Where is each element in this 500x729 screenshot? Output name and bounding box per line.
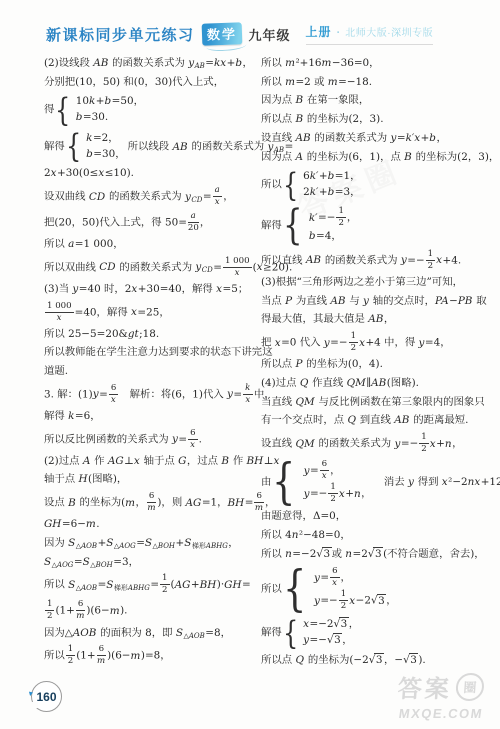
- grade-label: 九年级: [249, 25, 291, 44]
- solution-line: 所以 m=2 或 m=−18.: [261, 76, 487, 90]
- math-text: 设直线 QM 的函数关系式为 y=−: [261, 438, 418, 450]
- page-header: 新课标同步单元练习 数学 九年级 上册 · 北师大版·深圳专版: [46, 22, 484, 46]
- solution-line: 因为△AOB 的面积为 8，即 S△AOB=8，: [44, 627, 256, 641]
- brace: {: [66, 132, 81, 161]
- math-text: )，则 AG=1，BH=: [157, 497, 253, 509]
- fraction: 6x: [188, 429, 197, 450]
- math-text: 把(20，50)代入上式，得 50=: [44, 217, 187, 229]
- system-rows: y=6x，y=−12x+n，: [304, 460, 372, 504]
- solution-line: 所以反比例函数的关系式为 y=6x.: [44, 429, 256, 450]
- math-text: 由: [261, 476, 271, 488]
- math-text: ，−: [384, 654, 403, 666]
- sqrt-expression: √3: [368, 547, 383, 560]
- solution-line: 所以12(1+6m)(6−m)=8，: [44, 645, 256, 666]
- math-text: 把 x=0 代入 y=−: [261, 337, 348, 349]
- fraction: 6m: [76, 600, 85, 621]
- solution-line: 当点 P 为直线 AB 与 y 轴的交点时，PA−PB 取: [261, 295, 487, 309]
- solution-line: 解得{k=2，b=30，所以线段 AB 的函数关系式为 yAB=: [44, 131, 256, 162]
- math-text: 所以点 B 的坐标为(2，3).: [261, 113, 384, 125]
- page-number-badge: ▼ 160: [31, 681, 62, 712]
- solution-line: 轴于点 H(图略)，: [44, 473, 256, 487]
- math-text: 解得: [261, 219, 282, 231]
- solution-line: S△AOG=S△BOH=3，: [44, 556, 256, 570]
- math-text: 解得 k=6，: [44, 410, 101, 422]
- subscripted-symbol: S梯形ABHG: [184, 537, 228, 549]
- system-row: y=−√3，: [303, 634, 359, 648]
- brace: {: [272, 460, 295, 504]
- math-text: 由题意得，Δ=0，: [261, 510, 346, 522]
- solution-line: (3)当 y=40 时，2x+30=40，解得 x=5；: [44, 283, 256, 297]
- brace: {: [283, 171, 298, 200]
- math-text: 6k′+b=1，: [303, 170, 360, 182]
- math-text: x=−2: [303, 618, 333, 630]
- fraction: 1 000x: [45, 302, 74, 323]
- sqrt-expression: √3: [316, 547, 331, 560]
- math-text: y=−: [314, 595, 338, 607]
- solution-line: 所以教师能在学生注意力达到要求的状态下讲完这: [44, 346, 256, 360]
- system-row: 6k′+b=1，: [303, 170, 360, 184]
- solution-line: 所以直线 AB 的函数关系式为 y=−12x+4.: [261, 250, 487, 271]
- system-row: x=−2√3，: [303, 618, 359, 632]
- system-row: b=30.: [76, 111, 144, 125]
- math-text: +: [98, 537, 107, 549]
- system-rows: 10k+b=50，b=30.: [76, 95, 144, 124]
- sqrt-expression: √3: [403, 653, 418, 666]
- math-text: =: [136, 537, 145, 549]
- solution-line: 分别把(10，50) 和(0，30)代入上式，: [44, 76, 256, 90]
- math-text: ，: [341, 572, 351, 584]
- solution-line: 由题意得，Δ=0，: [261, 510, 487, 524]
- math-text: 所以: [44, 579, 68, 591]
- math-text: =: [74, 556, 83, 568]
- math-text: ，: [223, 191, 233, 203]
- solution-line: 2x+30(0≤x≤10).: [44, 167, 256, 181]
- left-column: (2)设线段 AB 的函数关系式为 yAB=kx+b，分别把(10，50) 和(…: [44, 57, 256, 671]
- edition-group: 上册 · 北师大版·深圳专版: [306, 23, 434, 45]
- solution-line: 得最大值，其最大值是 AB，: [261, 313, 487, 327]
- math-text: 道题.: [44, 365, 68, 377]
- solution-line: 由{y=6x，y=−12x+n， 消去 y 得到 x²−2nx+12=0，: [261, 459, 487, 505]
- math-text: 分别把(10，50) 和(0，30)代入上式，: [44, 76, 224, 88]
- solution-line: (2)过点 A 作 AG⊥x 轴于点 G，过点 B 作 BH⊥x: [44, 455, 256, 469]
- page-marker-icon: ▼: [26, 690, 34, 698]
- brace: {: [283, 567, 306, 611]
- fraction: 12: [328, 483, 337, 504]
- math-text: ).: [418, 654, 425, 666]
- fraction: 12: [45, 600, 54, 621]
- math-text: 解得: [261, 627, 282, 639]
- math-text: ，: [342, 634, 352, 646]
- math-text: .: [199, 433, 202, 445]
- system-row: y=−12x+n，: [304, 483, 372, 504]
- subscripted-symbol: S△AOG: [106, 537, 136, 549]
- brace: {: [55, 96, 70, 125]
- solution-line: 设双曲线 CD 的函数关系式为 yCD=ax，: [44, 186, 256, 207]
- math-text: (3)根据“三角形两边之差小于第三边”可知，: [261, 276, 463, 288]
- math-text: 当点 P 为直线 AB 与 y 轴的交点时，PA−PB 取: [261, 295, 487, 307]
- math-text: 或 n=2: [332, 548, 368, 560]
- solution-line: (4)过点 Q 作直线 QM∥AB(图略).: [261, 377, 487, 391]
- math-text: (1+: [76, 650, 95, 662]
- subscripted-symbol: S△BOH: [145, 537, 176, 549]
- solution-line: 把(20，50)代入上式，得 50=a20，: [44, 212, 256, 233]
- math-text: k′=−: [309, 212, 336, 224]
- solution-line: 12(1+6m)(6−m).: [44, 600, 256, 621]
- equation-system: {x=−2√3，y=−√3，: [283, 618, 359, 647]
- watermark-brand-text: 答案: [397, 669, 453, 704]
- solution-line: 设点 B 的坐标为(m，6m)，则 AG=1，BH=6m，: [44, 492, 256, 513]
- math-text: GH=6−m.: [44, 518, 100, 530]
- math-text: ，: [386, 595, 396, 607]
- math-text: 10k+b=50，: [76, 95, 144, 107]
- volume-label: 上册: [306, 23, 332, 40]
- system-row: k′=−12，: [309, 207, 357, 228]
- subscripted-symbol: yAB: [188, 57, 205, 69]
- solution-line: 所以 25−5=20&gt;18.: [44, 328, 256, 342]
- system-rows: x=−2√3，y=−√3，: [303, 618, 359, 647]
- math-text: 当直线 QM 与反比例函数在第三象限内的图象只: [261, 396, 485, 408]
- subscripted-symbol: S△AOG: [44, 556, 74, 568]
- watermark-brand: 答案 圈: [397, 669, 485, 704]
- solution-line: 因为点 B 在第一象限，: [261, 94, 487, 108]
- fraction: 12: [419, 433, 428, 454]
- fraction: a20: [188, 212, 199, 233]
- sqrt-expression: √3: [327, 633, 342, 646]
- math-text: =3，: [113, 556, 139, 568]
- math-text: 因为点 B 在第一象限，: [261, 94, 369, 106]
- math-text: =: [203, 191, 212, 203]
- math-text: b=30.: [76, 111, 108, 123]
- subject-badge: 数学: [201, 22, 242, 45]
- fraction: 12: [160, 574, 169, 595]
- math-text: 有一个交点时，点 Q 到直线 AB 的距离最短.: [261, 414, 468, 426]
- solution-line: 解得{k′=−12，b=4，: [261, 206, 487, 245]
- math-text: )(6−m).: [86, 605, 127, 617]
- system-row: y=6x，: [304, 460, 372, 481]
- solution-line: 设直线 AB 的函数关系式为 y=k′x+b，: [261, 132, 487, 146]
- math-text: y=−: [304, 488, 328, 500]
- sqrt-expression: √3: [334, 617, 349, 630]
- math-text: (2)设线段 AB 的函数关系式为: [44, 57, 188, 69]
- math-text: 3. 解：(1)y=: [44, 388, 108, 400]
- solution-line: 因为点 A 的坐标为(6，1)，点 B 的坐标为(2，3)，: [261, 151, 487, 165]
- math-text: b=30，: [86, 148, 125, 160]
- solution-line: 所以 m²+16m−36=0，: [261, 57, 487, 71]
- system-rows: y=6x，y=−12x−2√3，: [314, 567, 397, 611]
- math-text: y=: [304, 465, 319, 477]
- solution-line: 所以 n=−2√3或 n=2√3(不符合题意，舍去)，: [261, 548, 487, 562]
- solution-line: 得{10k+b=50，b=30.: [44, 94, 256, 125]
- math-text: 2x+30(0≤x≤10).: [44, 167, 134, 179]
- math-text: y=−: [303, 634, 327, 646]
- math-text: y=: [314, 572, 329, 584]
- solution-line: 所以点 Q 的坐标为(−2√3，−√3).: [261, 654, 487, 668]
- math-text: 2k′+b=3，: [303, 186, 360, 198]
- math-text: +: [176, 537, 185, 549]
- fraction: 6x: [320, 460, 329, 481]
- solution-line: 3. 解：(1)y=6x 解析：将(6，1)代入 y=kx中，: [44, 384, 256, 405]
- sqrt-expression: √3: [371, 594, 386, 607]
- math-text: ，: [330, 465, 340, 477]
- equation-system: {10k+b=50，b=30.: [55, 95, 144, 124]
- watermark-circle-icon: 圈: [455, 673, 485, 701]
- sqrt-expression: √3: [369, 653, 384, 666]
- math-text: 所以直线 AB 的函数关系式为 y=−: [261, 254, 425, 266]
- brace: {: [283, 207, 303, 244]
- math-text: ，: [228, 537, 238, 549]
- fraction: 12: [349, 332, 358, 353]
- math-text: 因为点 A 的坐标为(6，1)，点 B 的坐标为(2，3)，: [261, 151, 499, 163]
- solution-line: 道题.: [44, 365, 256, 379]
- system-row: y=6x，: [314, 567, 397, 588]
- math-text: 解得: [44, 141, 65, 153]
- math-text: 所以: [261, 583, 282, 595]
- math-text: x+n，: [430, 438, 463, 450]
- solution-line: GH=6−m.: [44, 518, 256, 532]
- math-text: k=2，: [86, 132, 119, 144]
- math-text: 所以 4n²−48=0，: [261, 529, 351, 541]
- fraction: 12: [336, 207, 345, 228]
- solution-line: 所以{y=6x，y=−12x−2√3，: [261, 566, 487, 612]
- solution-line: 当直线 QM 与反比例函数在第三象限内的图象只: [261, 396, 487, 410]
- subscripted-symbol: S△AOB: [176, 627, 205, 639]
- math-text: 所以教师能在学生注意力达到要求的状态下讲完这: [44, 346, 273, 358]
- equation-system: {k′=−12，b=4，: [283, 207, 358, 244]
- fraction: 12: [339, 590, 348, 611]
- system-row: k=2，: [86, 132, 125, 146]
- math-text: ，: [347, 212, 357, 224]
- math-text: =: [98, 579, 107, 591]
- math-text: =: [150, 579, 159, 591]
- equation-system: {y=6x，y=−12x+n，: [272, 460, 371, 504]
- math-text: (AG+BH)·GH=: [171, 579, 251, 591]
- system-rows: 6k′+b=1，2k′+b=3，: [303, 170, 360, 199]
- math-text: (不符合题意，舍去)，: [383, 548, 485, 560]
- math-text: 所以线段 AB 的函数关系式为: [128, 141, 268, 153]
- math-text: 设直线 AB 的函数关系式为 y=k′x+b，: [261, 132, 447, 144]
- system-row: y=−12x−2√3，: [314, 590, 397, 611]
- solution-line: 所以{6k′+b=1，2k′+b=3，: [261, 169, 487, 200]
- system-rows: k′=−12，b=4，: [309, 207, 357, 244]
- math-text: 所以点 P 的坐标为(0，4).: [261, 358, 383, 370]
- series-title: 新课标同步单元练习: [46, 24, 195, 45]
- math-text: 所以 a=1 000，: [44, 238, 124, 250]
- math-text: (3)当 y=40 时，2x+30=40，解得 x=5；: [44, 283, 248, 295]
- math-text: 设点 B 的坐标为(m，: [44, 497, 146, 509]
- math-text: 所以 n=−2: [261, 548, 316, 560]
- math-text: 所以: [44, 650, 65, 662]
- math-text: =8，: [205, 627, 231, 639]
- subscripted-symbol: S△BOH: [83, 556, 114, 568]
- math-text: 得最大值，其最大值是 AB，: [261, 313, 394, 325]
- solution-line: 1 000x=40，解得 x=25，: [44, 302, 256, 323]
- solution-line: 所以点 P 的坐标为(0，4).: [261, 358, 487, 372]
- math-text: =: [213, 261, 222, 273]
- math-text: =kx+b，: [205, 57, 253, 69]
- math-text: 所以 m=2 或 m=−18.: [261, 76, 372, 88]
- brace: {: [283, 619, 298, 648]
- solution-line: 设直线 QM 的函数关系式为 y=−12x+n，: [261, 433, 487, 454]
- math-text: 所以 m²+16m−36=0，: [261, 57, 380, 69]
- solution-line: 有一个交点时，点 Q 到直线 AB 的距离最短.: [261, 414, 487, 428]
- math-text: x+4 中，得 y=4，: [359, 337, 451, 349]
- right-column: 所以 m²+16m−36=0，所以 m=2 或 m=−18.因为点 B 在第一象…: [261, 57, 487, 673]
- math-text: 因为△AOB 的面积为 8，即: [44, 627, 176, 639]
- solution-line: 所以 a=1 000，: [44, 238, 256, 252]
- math-text: )(6−m)=8，: [107, 650, 171, 662]
- solution-line: 所以双曲线 CD 的函数关系式为 yCD=1 000x(x≥20).: [44, 257, 256, 278]
- math-text: x+n，: [339, 488, 372, 500]
- solution-line: 把 x=0 代入 y=−12x+4 中，得 y=4，: [261, 332, 487, 353]
- solution-line: 因为 S△AOB+S△AOG=S△BOH+S梯形ABHG，: [44, 537, 256, 551]
- edition-label: 北师大版·深圳专版: [345, 24, 433, 39]
- equation-system: {6k′+b=1，2k′+b=3，: [283, 170, 361, 199]
- math-text: 设双曲线 CD 的函数关系式为: [44, 191, 185, 203]
- fraction: kx: [243, 384, 253, 405]
- watermark-site: MXQE.COM: [397, 706, 485, 721]
- math-text: x+4.: [436, 254, 461, 266]
- system-row: b=30，: [86, 148, 125, 162]
- math-text: (1+: [55, 605, 74, 617]
- system-row: 10k+b=50，: [76, 95, 144, 109]
- system-row: b=4，: [309, 230, 357, 244]
- math-text: b=4，: [309, 230, 342, 242]
- page-number: 160: [36, 690, 56, 704]
- math-text: 解析：将(6，1)代入 y=: [119, 388, 242, 400]
- subscripted-symbol: yCD: [195, 261, 213, 273]
- math-text: x−2: [349, 595, 371, 607]
- math-text: =40，解得 x=25，: [75, 306, 170, 318]
- solution-line: 解得{x=−2√3，y=−√3，: [261, 617, 487, 648]
- subscripted-symbol: S△AOB: [68, 579, 97, 591]
- solution-line: 解得 k=6，: [44, 410, 256, 424]
- equation-system: {k=2，b=30，: [66, 132, 126, 161]
- fraction: 6m: [147, 492, 156, 513]
- subscripted-symbol: S△AOB: [68, 537, 97, 549]
- math-text: (4)过点 Q 作直线 QM∥AB(图略).: [261, 377, 419, 389]
- fraction: 6m: [97, 645, 106, 666]
- fraction: 12: [66, 645, 75, 666]
- system-rows: k=2，b=30，: [86, 132, 125, 161]
- math-text: 消去 y 得到 x²−2nx+12=0，: [374, 476, 500, 488]
- math-text: (2)过点 A 作 AG⊥x 轴于点 G，过点 B 作 BH⊥x: [44, 455, 280, 467]
- fraction: 1 000x: [223, 257, 252, 278]
- fraction: 12: [426, 250, 435, 271]
- system-row: 2k′+b=3，: [303, 186, 360, 200]
- solution-line: 所以 4n²−48=0，: [261, 529, 487, 543]
- solution-line: 所以 S△AOB=S梯形ABHG=12(AG+BH)·GH=: [44, 574, 256, 595]
- subscripted-symbol: S梯形ABHG: [106, 579, 150, 591]
- fraction: 6x: [330, 567, 339, 588]
- solution-line: 所以点 B 的坐标为(2，3).: [261, 113, 487, 127]
- fraction: ax: [213, 186, 223, 207]
- fraction: 6x: [109, 384, 118, 405]
- math-text: ，: [349, 618, 359, 630]
- separator-dot: ·: [337, 27, 341, 39]
- math-text: 因为: [44, 537, 68, 549]
- equation-system: {y=6x，y=−12x−2√3，: [283, 567, 397, 611]
- math-text: ，: [200, 217, 210, 229]
- math-text: 轴于点 H(图略)，: [44, 473, 127, 485]
- math-text: 所以点 Q 的坐标为(−2: [261, 654, 369, 666]
- solution-line: (2)设线段 AB 的函数关系式为 yAB=kx+b，: [44, 57, 256, 71]
- math-text: 所以双曲线 CD 的函数关系式为: [44, 261, 195, 273]
- solution-line: (3)根据“三角形两边之差小于第三边”可知，: [261, 276, 487, 290]
- math-text: 得: [44, 104, 54, 116]
- watermark-logo: 答案 圈 MXQE.COM: [398, 669, 484, 721]
- math-text: 所以 25−5=20&gt;18.: [44, 328, 159, 340]
- math-text: 所以: [261, 179, 282, 191]
- math-text: 所以反比例函数的关系式为 y=: [44, 433, 187, 445]
- subscripted-symbol: yCD: [185, 191, 203, 203]
